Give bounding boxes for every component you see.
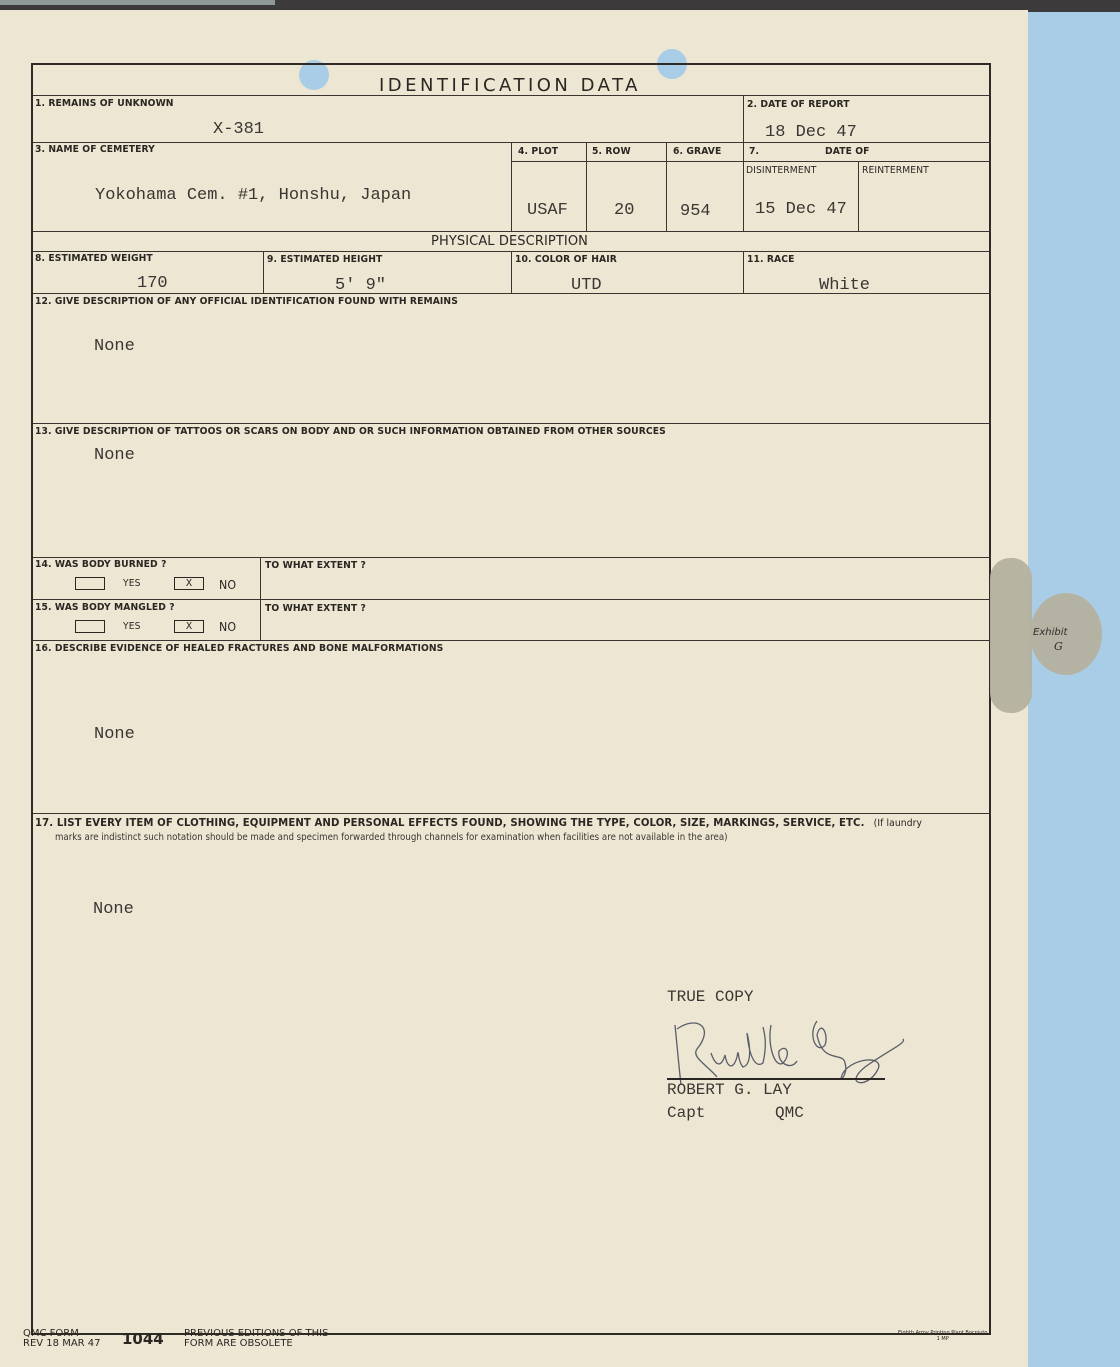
- remains-of-unknown-value[interactable]: X-381: [213, 120, 264, 139]
- form-title: IDENTIFICATION DATA: [379, 75, 641, 96]
- body-burned-label: 14. WAS BODY BURNED ?: [35, 559, 167, 570]
- tattoos-scars-value[interactable]: None: [94, 446, 135, 465]
- signer-branch: QMC: [775, 1104, 804, 1122]
- date-of-label: DATE OF: [825, 146, 870, 157]
- grave-value[interactable]: 954: [680, 202, 711, 221]
- color-of-hair-value[interactable]: UTD: [571, 276, 602, 295]
- disinterment-value[interactable]: 15 Dec 47: [755, 200, 847, 219]
- physical-description-title: PHYSICAL DESCRIPTION: [431, 234, 588, 249]
- grave-label: 6. GRAVE: [673, 146, 721, 157]
- name-of-cemetery-value[interactable]: Yokohama Cem. #1, Honshu, Japan: [95, 186, 411, 205]
- printer-line-2: 1 MP: [898, 1336, 987, 1342]
- body-burned-no-checkbox[interactable]: X: [174, 577, 204, 590]
- form-id-block: QMC FORM REV 18 MAR 47: [23, 1329, 101, 1349]
- official-identification-label: 12. GIVE DESCRIPTION OF ANY OFFICIAL IDE…: [35, 296, 458, 307]
- obsolete-line-2: FORM ARE OBSOLETE: [184, 1339, 328, 1349]
- body-mangled-extent-label: TO WHAT EXTENT ?: [265, 603, 366, 614]
- identification-form: IDENTIFICATION DATA 1. REMAINS OF UNKNOW…: [31, 63, 991, 1335]
- clothing-effects-value[interactable]: None: [93, 900, 134, 919]
- plot-label: 4. PLOT: [518, 146, 558, 157]
- body-mangled-label: 15. WAS BODY MANGLED ?: [35, 602, 175, 613]
- signer-name: ROBERT G. LAY: [667, 1081, 792, 1099]
- body-mangled-yes-checkbox[interactable]: [75, 620, 105, 633]
- signer-rank: Capt: [667, 1104, 705, 1122]
- body-mangled-no-label: NO: [219, 620, 236, 634]
- clothing-effects-label: 17. LIST EVERY ITEM OF CLOTHING, EQUIPME…: [35, 816, 922, 829]
- top-edge-light: [0, 0, 275, 5]
- clothing-effects-label-text: 17. LIST EVERY ITEM OF CLOTHING, EQUIPME…: [35, 816, 865, 829]
- reinterment-label: REINTERMENT: [862, 165, 929, 176]
- official-identification-value[interactable]: None: [94, 337, 135, 356]
- remains-of-unknown-label: 1. REMAINS OF UNKNOWN: [35, 98, 174, 109]
- body-burned-yes-label: YES: [123, 578, 141, 589]
- estimated-weight-value[interactable]: 170: [137, 274, 168, 293]
- form-number: 1044: [122, 1332, 164, 1347]
- exhibit-tab-strip: [990, 558, 1032, 713]
- race-label: 11. RACE: [747, 254, 794, 265]
- estimated-height-value[interactable]: 5' 9": [335, 276, 386, 295]
- paper-sheet: IDENTIFICATION DATA 1. REMAINS OF UNKNOW…: [0, 10, 1028, 1367]
- row-value[interactable]: 20: [614, 201, 634, 220]
- body-burned-no-label: NO: [219, 578, 236, 592]
- form-revision: REV 18 MAR 47: [23, 1339, 101, 1349]
- body-mangled-yes-label: YES: [123, 621, 141, 632]
- printer-notice: Eighth Army Printing Plant Bocnjuto 1 MP: [898, 1330, 987, 1342]
- plot-value[interactable]: USAF: [527, 201, 568, 220]
- date-of-report-label: 2. DATE OF REPORT: [747, 99, 850, 110]
- disinterment-label: DISINTERMENT: [746, 165, 816, 176]
- healed-fractures-value[interactable]: None: [94, 725, 135, 744]
- tattoos-scars-label: 13. GIVE DESCRIPTION OF TATTOOS OR SCARS…: [35, 426, 666, 437]
- healed-fractures-label: 16. DESCRIBE EVIDENCE OF HEALED FRACTURE…: [35, 643, 443, 654]
- obsolete-notice: PREVIOUS EDITIONS OF THIS FORM ARE OBSOL…: [184, 1329, 328, 1349]
- date-of-number-label: 7.: [749, 146, 759, 157]
- estimated-weight-label: 8. ESTIMATED WEIGHT: [35, 253, 153, 264]
- true-copy-label: TRUE COPY: [667, 988, 753, 1006]
- row-label: 5. ROW: [592, 146, 631, 157]
- body-mangled-no-checkbox[interactable]: X: [174, 620, 204, 633]
- exhibit-tab-label: Exhibit: [1033, 627, 1067, 638]
- body-burned-yes-checkbox[interactable]: [75, 577, 105, 590]
- clothing-effects-note-start: (If laundry: [874, 818, 922, 829]
- race-value[interactable]: White: [819, 276, 870, 295]
- clothing-effects-note: marks are indistinct such notation shoul…: [55, 832, 728, 843]
- exhibit-tab-letter: G: [1054, 640, 1063, 653]
- body-burned-extent-label: TO WHAT EXTENT ?: [265, 560, 366, 571]
- name-of-cemetery-label: 3. NAME OF CEMETERY: [35, 144, 155, 155]
- estimated-height-label: 9. ESTIMATED HEIGHT: [267, 254, 382, 265]
- color-of-hair-label: 10. COLOR OF HAIR: [515, 254, 617, 265]
- date-of-report-value[interactable]: 18 Dec 47: [765, 123, 857, 142]
- exhibit-tab[interactable]: Exhibit G: [1030, 593, 1102, 675]
